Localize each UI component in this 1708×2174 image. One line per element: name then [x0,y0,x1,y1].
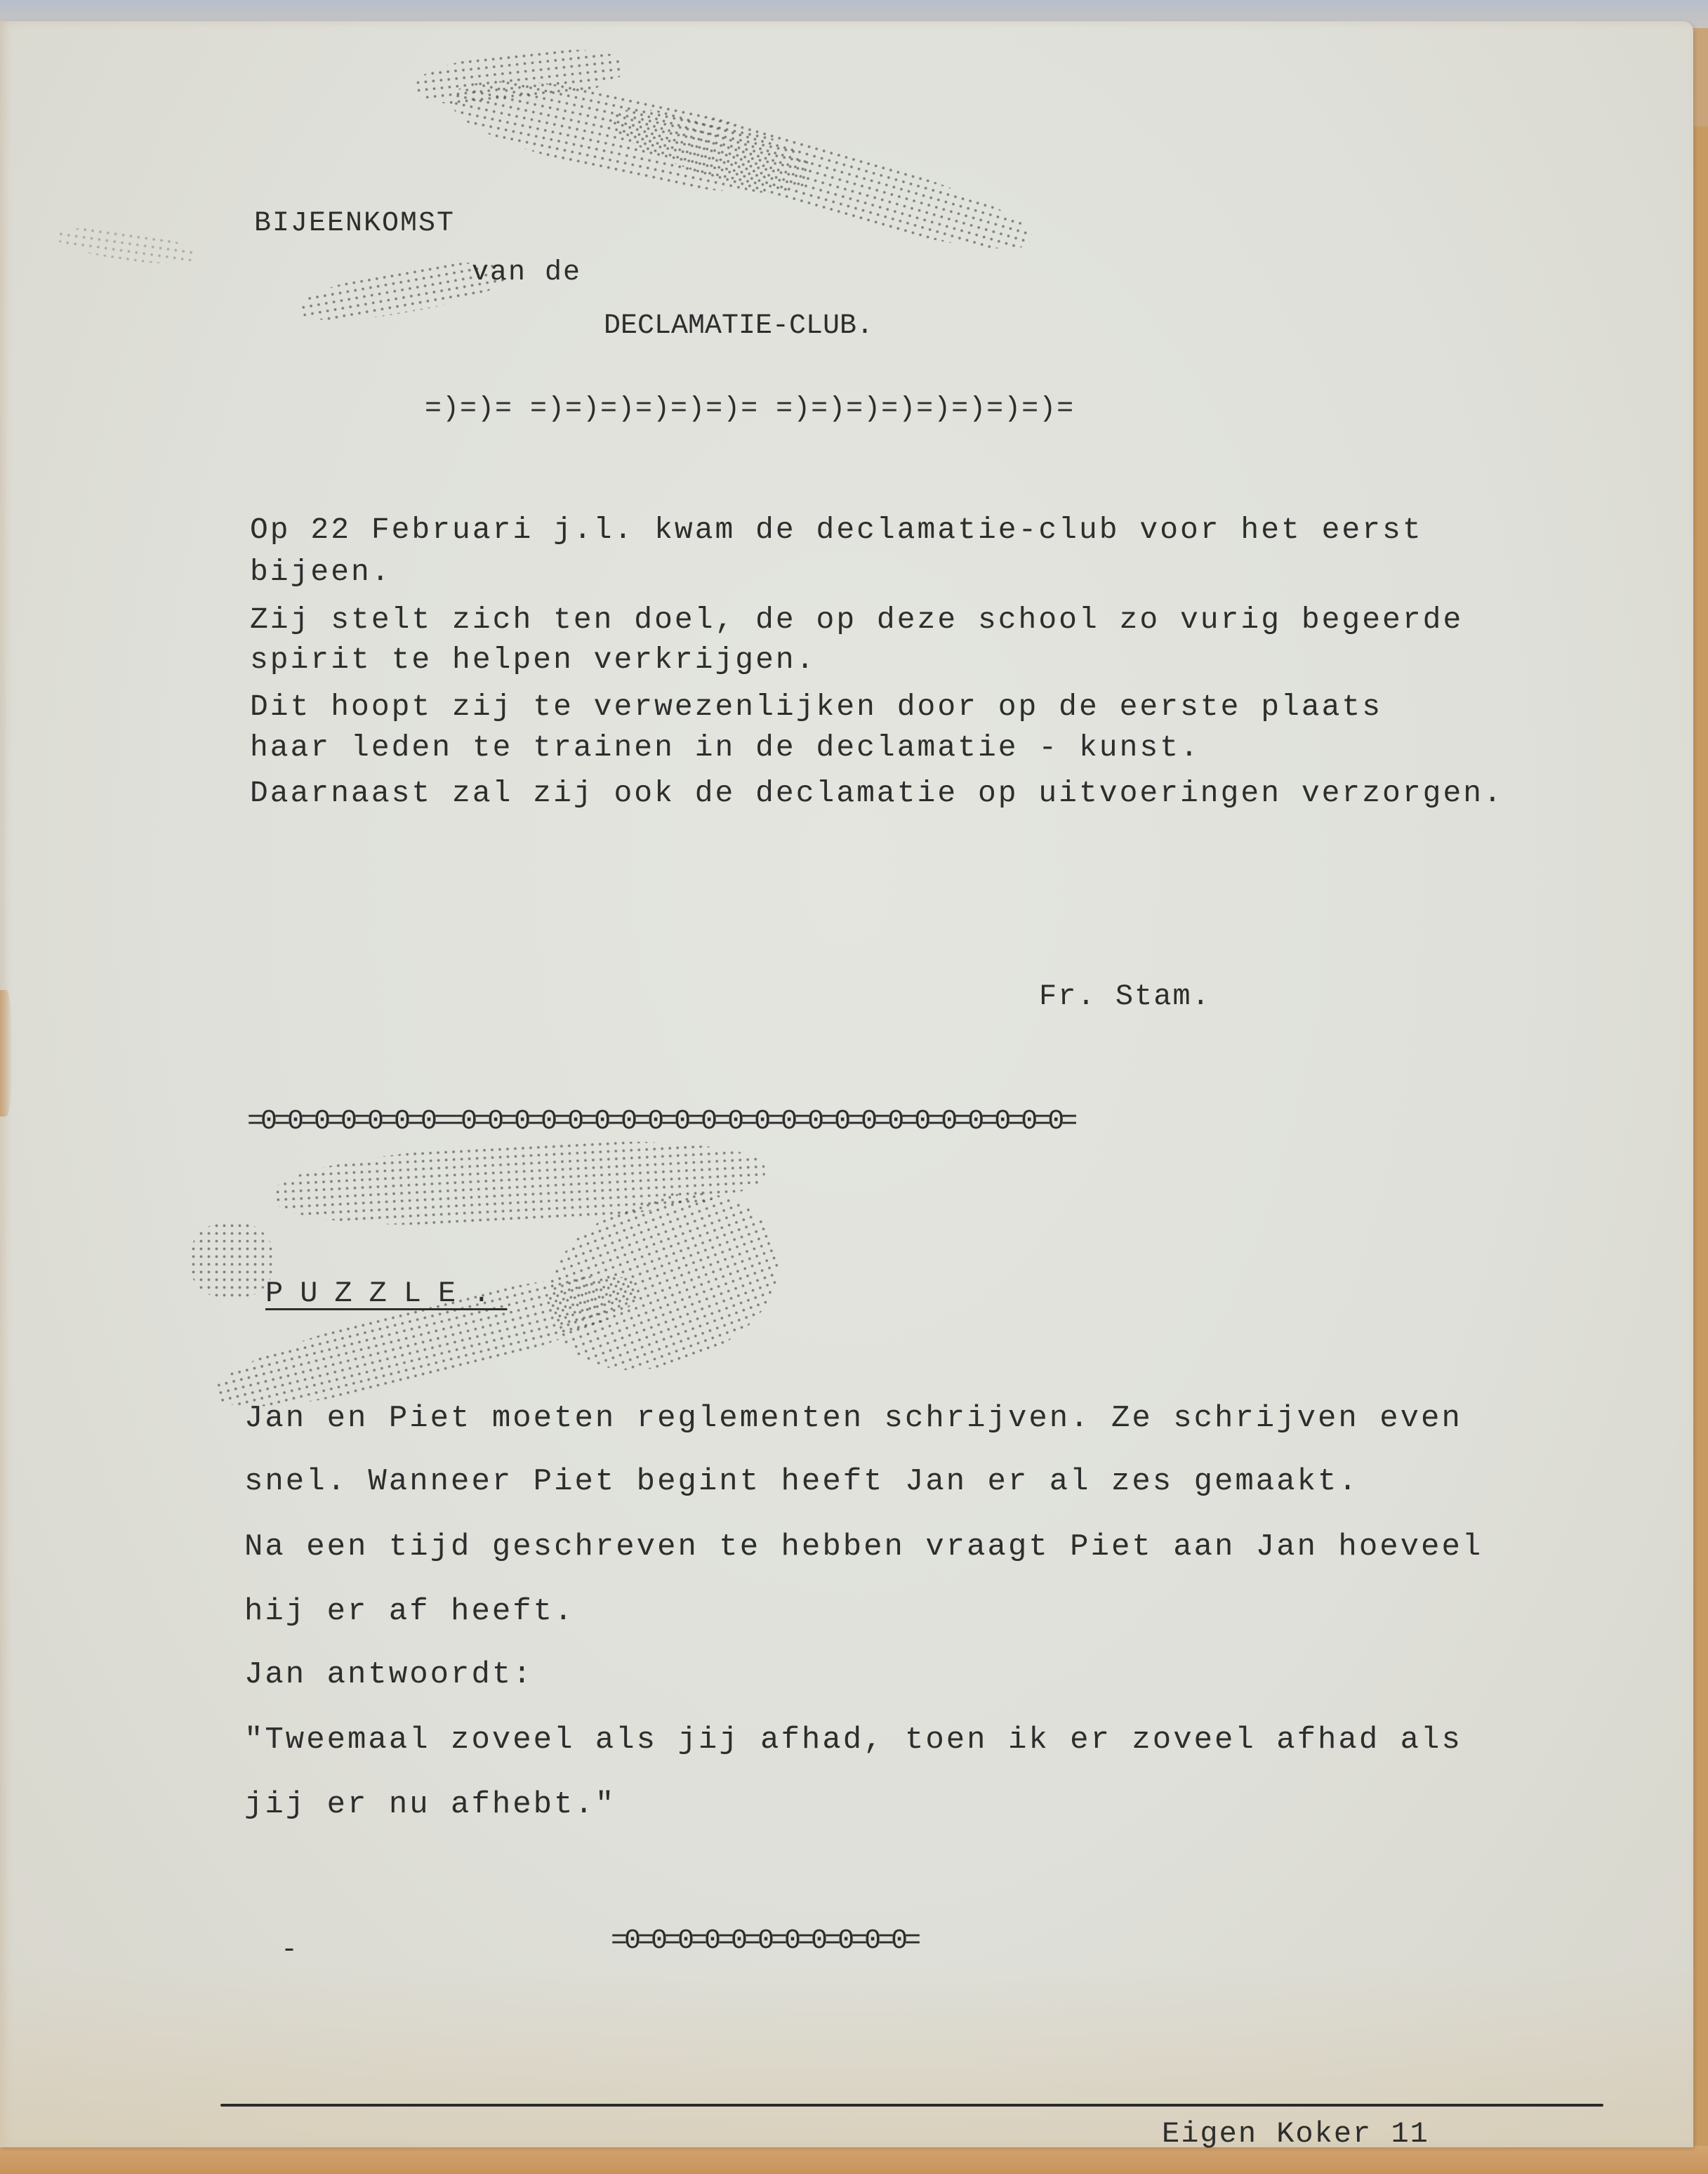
page-footer-label: Eigen Koker 11 [1162,2117,1429,2151]
photo-backdrop-bottom [0,2146,1708,2174]
puzzle-text-line: Jan en Piet moeten reglementen schrijven… [244,1401,1462,1436]
section-title-line-2: van de [472,257,581,289]
section-title-line-1: BIJEENKOMST [254,208,455,239]
body-text-line: spirit te helpen verkrijgen. [250,643,816,677]
stray-dash-mark: - [281,1935,299,1966]
stipple-decoration-8 [190,1222,274,1299]
body-text-line: Op 22 Februari j.l. kwam de declamatie-c… [250,513,1423,547]
typewritten-page: BIJEENKOMST van de DECLAMATIE-CLUB. =)=)… [0,21,1693,2147]
footer-rule [220,2104,1603,2107]
photo-backdrop-right [1694,126,1708,2174]
puzzle-text-line: Na een tijd geschreven te hebben vraagt … [244,1529,1483,1564]
puzzle-text-line: jij er nu afhebt." [244,1787,616,1822]
puzzle-text-line: Jan antwoordt: [244,1657,534,1692]
author-signature: Fr. Stam. [1039,980,1211,1013]
section-title-line-3: DECLAMATIE-CLUB. [604,310,873,342]
body-text-line: Dit hoopt zij te verwezenlijken door op … [250,690,1382,724]
body-text-line: bijeen. [250,555,392,589]
body-text-line: haar leden te trainen in de declamatie -… [250,730,1200,765]
paper-tear-mark [0,990,13,1116]
stipple-decoration-5 [55,222,198,269]
puzzle-text-line: snel. Wanneer Piet begint heeft Jan er a… [244,1464,1359,1499]
end-divider: =0=0=0=0=0=0=0=0=0=0=0= [611,1925,918,1957]
puzzle-text-line: "Tweemaal zoveel als jij afhad, toen ik … [244,1722,1462,1758]
paper-aging-tint [0,1965,1693,2147]
section-divider: =0=0=0=0=0=0=0==0=0=0=0=0=0=0=0=0=0=0=0=… [247,1106,1074,1138]
body-text-line: Zij stelt zich ten doel, de op deze scho… [250,602,1463,637]
ornamental-divider: =)=)= =)=)=)=)=)=)= =)=)=)=)=)=)=)=)= [425,393,1074,425]
body-text-line: Daarnaast zal zij ook de declamatie op u… [250,776,1504,810]
puzzle-text-line: hij er af heeft. [244,1594,574,1629]
puzzle-heading: PUZZLE. [265,1277,507,1310]
